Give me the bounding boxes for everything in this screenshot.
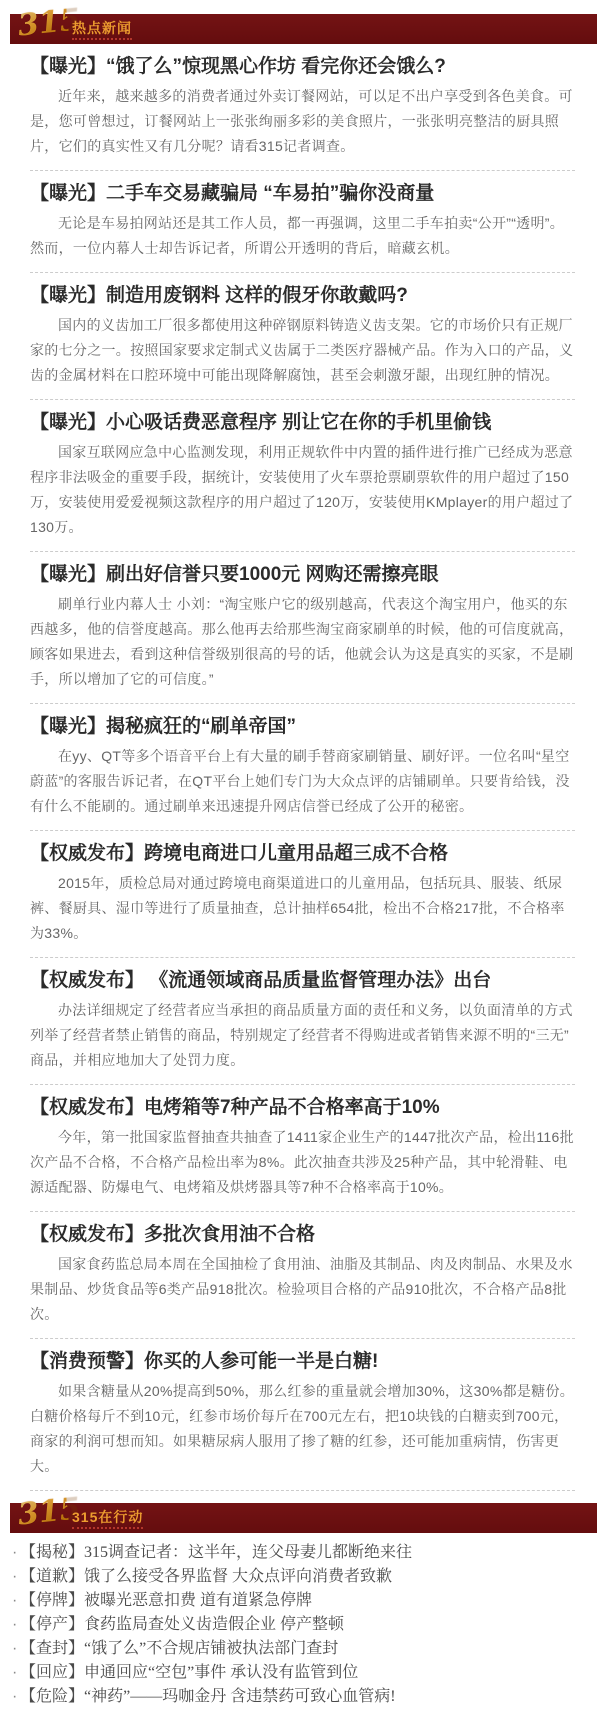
article-body: 办法详细规定了经营者应当承担的商品质量方面的责任和义务，以负面清单的方式列举了经… xyxy=(30,998,575,1073)
article-headline[interactable]: 【曝光】刷出好信誉只要1000元 网购还需擦亮眼 xyxy=(30,561,439,588)
hot-news-title: 热点新闻 xyxy=(72,20,132,40)
article-headline[interactable]: 【曝光】揭秘疯狂的“刷单帝国” xyxy=(30,713,296,740)
action-link[interactable]: 【揭秘】315调查记者：这半年，连父母妻儿都断绝来往 xyxy=(20,1544,412,1561)
315-logo-icon: 315 xyxy=(16,1489,71,1540)
article-body: 2015年，质检总局对通过跨境电商渠道进口的儿童用品，包括玩具、服装、纸尿裤、餐… xyxy=(30,871,575,946)
article: 【曝光】小心吸话费恶意程序 别让它在你的手机里偷钱 国家互联网应急中心监测发现，… xyxy=(30,400,575,552)
action-header: 315 315在行动 xyxy=(10,1503,597,1533)
bullet-icon: · xyxy=(12,1637,17,1661)
action-title: 315在行动 xyxy=(72,1509,143,1529)
article-headline[interactable]: 【权威发布】 《流通领域商品质量监督管理办法》出台 xyxy=(30,967,491,994)
article-body: 无论是车易拍网站还是其工作人员，都一再强调，这里二手车拍卖“公开”“透明”。然而… xyxy=(30,211,575,261)
action-link-list: · 【揭秘】315调查记者：这半年，连父母妻儿都断绝来往 · 【道歉】饿了么接受… xyxy=(0,1541,600,1719)
action-link[interactable]: 【停产】食药监局查处义齿造假企业 停产整顿 xyxy=(20,1616,344,1633)
article: 【曝光】二手车交易藏骗局 “车易拍”骗你没商量 无论是车易拍网站还是其工作人员，… xyxy=(30,171,575,273)
article-body: 刷单行业内幕人士 小刘：“淘宝账户它的级别越高，代表这个淘宝用户，他买的东西越多… xyxy=(30,592,575,692)
article-body: 国家食药监总局本周在全国抽检了食用油、油脂及其制品、肉及肉制品、水果及水果制品、… xyxy=(30,1252,575,1327)
action-link[interactable]: 【回应】申通回应“空包”事件 承认没有监管到位 xyxy=(20,1664,358,1681)
article-headline[interactable]: 【曝光】二手车交易藏骗局 “车易拍”骗你没商量 xyxy=(30,180,434,207)
article: 【权威发布】电烤箱等7种产品不合格率高于10% 今年，第一批国家监督抽查共抽查了… xyxy=(30,1085,575,1212)
action-link[interactable]: 【查封】“饿了么”不合规店铺被执法部门查封 xyxy=(20,1640,338,1657)
article: 【权威发布】 《流通领域商品质量监督管理办法》出台 办法详细规定了经营者应当承担… xyxy=(30,958,575,1085)
article-headline[interactable]: 【曝光】“饿了么”惊现黑心作坊 看完你还会饿么? xyxy=(30,53,446,80)
bullet-icon: · xyxy=(12,1589,17,1613)
list-item: · 【回应】申通回应“空包”事件 承认没有监管到位 xyxy=(10,1661,590,1685)
list-item: · 【危险】“神药”——玛咖金丹 含违禁药可致心血管病! xyxy=(10,1685,590,1709)
hot-news-header: 315 热点新闻 xyxy=(10,14,597,44)
list-item: · 【停牌】被曝光恶意扣费 道有道紧急停牌 xyxy=(10,1589,590,1613)
article-headline[interactable]: 【权威发布】多批次食用油不合格 xyxy=(30,1221,315,1248)
article-headline[interactable]: 【消费预警】你买的人参可能一半是白糖! xyxy=(30,1348,378,1375)
article: 【曝光】揭秘疯狂的“刷单帝国” 在yy、QT等多个语音平台上有大量的刷手替商家刷… xyxy=(30,704,575,831)
article: 【曝光】“饿了么”惊现黑心作坊 看完你还会饿么? 近年来，越来越多的消费者通过外… xyxy=(30,44,575,171)
article-body: 国家互联网应急中心监测发现，利用正规软件中内置的插件进行推广已经成为恶意程序非法… xyxy=(30,440,575,540)
action-link[interactable]: 【道歉】饿了么接受各界监督 大众点评向消费者致歉 xyxy=(20,1568,392,1585)
list-item: · 【道歉】饿了么接受各界监督 大众点评向消费者致歉 xyxy=(10,1565,590,1589)
article-body: 在yy、QT等多个语音平台上有大量的刷手替商家刷销量、刷好评。一位名叫“星空蔚蓝… xyxy=(30,744,575,819)
article: 【权威发布】跨境电商进口儿童用品超三成不合格 2015年，质检总局对通过跨境电商… xyxy=(30,831,575,958)
article-headline[interactable]: 【权威发布】电烤箱等7种产品不合格率高于10% xyxy=(30,1094,440,1121)
article-body: 近年来，越来越多的消费者通过外卖订餐网站，可以足不出户享受到各色美食。可是，您可… xyxy=(30,84,575,159)
article: 【权威发布】多批次食用油不合格 国家食药监总局本周在全国抽检了食用油、油脂及其制… xyxy=(30,1212,575,1339)
article-headline[interactable]: 【曝光】制造用废钢料 这样的假牙你敢戴吗? xyxy=(30,282,408,309)
list-item: · 【查封】“饿了么”不合规店铺被执法部门查封 xyxy=(10,1637,590,1661)
article-body: 如果含糖量从20%提高到50%，那么红参的重量就会增加30%，这30%都是糖份。… xyxy=(30,1379,575,1479)
hot-news-article-list: 【曝光】“饿了么”惊现黑心作坊 看完你还会饿么? 近年来，越来越多的消费者通过外… xyxy=(0,44,600,1491)
list-item: · 【停产】食药监局查处义齿造假企业 停产整顿 xyxy=(10,1613,590,1637)
bullet-icon: · xyxy=(12,1565,17,1589)
list-item: · 【揭秘】315调查记者：这半年，连父母妻儿都断绝来往 xyxy=(10,1541,590,1565)
315-logo-icon: 315 xyxy=(16,0,71,50)
bullet-icon: · xyxy=(12,1541,17,1565)
article: 【曝光】刷出好信誉只要1000元 网购还需擦亮眼 刷单行业内幕人士 小刘：“淘宝… xyxy=(30,552,575,704)
article-headline[interactable]: 【权威发布】跨境电商进口儿童用品超三成不合格 xyxy=(30,840,448,867)
article-body: 国内的义齿加工厂很多都使用这种碎钢原料铸造义齿支架。它的市场价只有正规厂家的七分… xyxy=(30,313,575,388)
article-headline[interactable]: 【曝光】小心吸话费恶意程序 别让它在你的手机里偷钱 xyxy=(30,409,491,436)
bullet-icon: · xyxy=(12,1685,17,1709)
page: 315 热点新闻 【曝光】“饿了么”惊现黑心作坊 看完你还会饿么? 近年来，越来… xyxy=(0,0,600,1719)
action-link[interactable]: 【停牌】被曝光恶意扣费 道有道紧急停牌 xyxy=(20,1592,312,1609)
article: 【曝光】制造用废钢料 这样的假牙你敢戴吗? 国内的义齿加工厂很多都使用这种碎钢原… xyxy=(30,273,575,400)
bullet-icon: · xyxy=(12,1613,17,1637)
article-body: 今年，第一批国家监督抽查共抽查了1411家企业生产的1447批次产品，检出116… xyxy=(30,1125,575,1200)
article: 【消费预警】你买的人参可能一半是白糖! 如果含糖量从20%提高到50%，那么红参… xyxy=(30,1339,575,1491)
bullet-icon: · xyxy=(12,1661,17,1685)
action-link[interactable]: 【危险】“神药”——玛咖金丹 含违禁药可致心血管病! xyxy=(20,1688,396,1705)
